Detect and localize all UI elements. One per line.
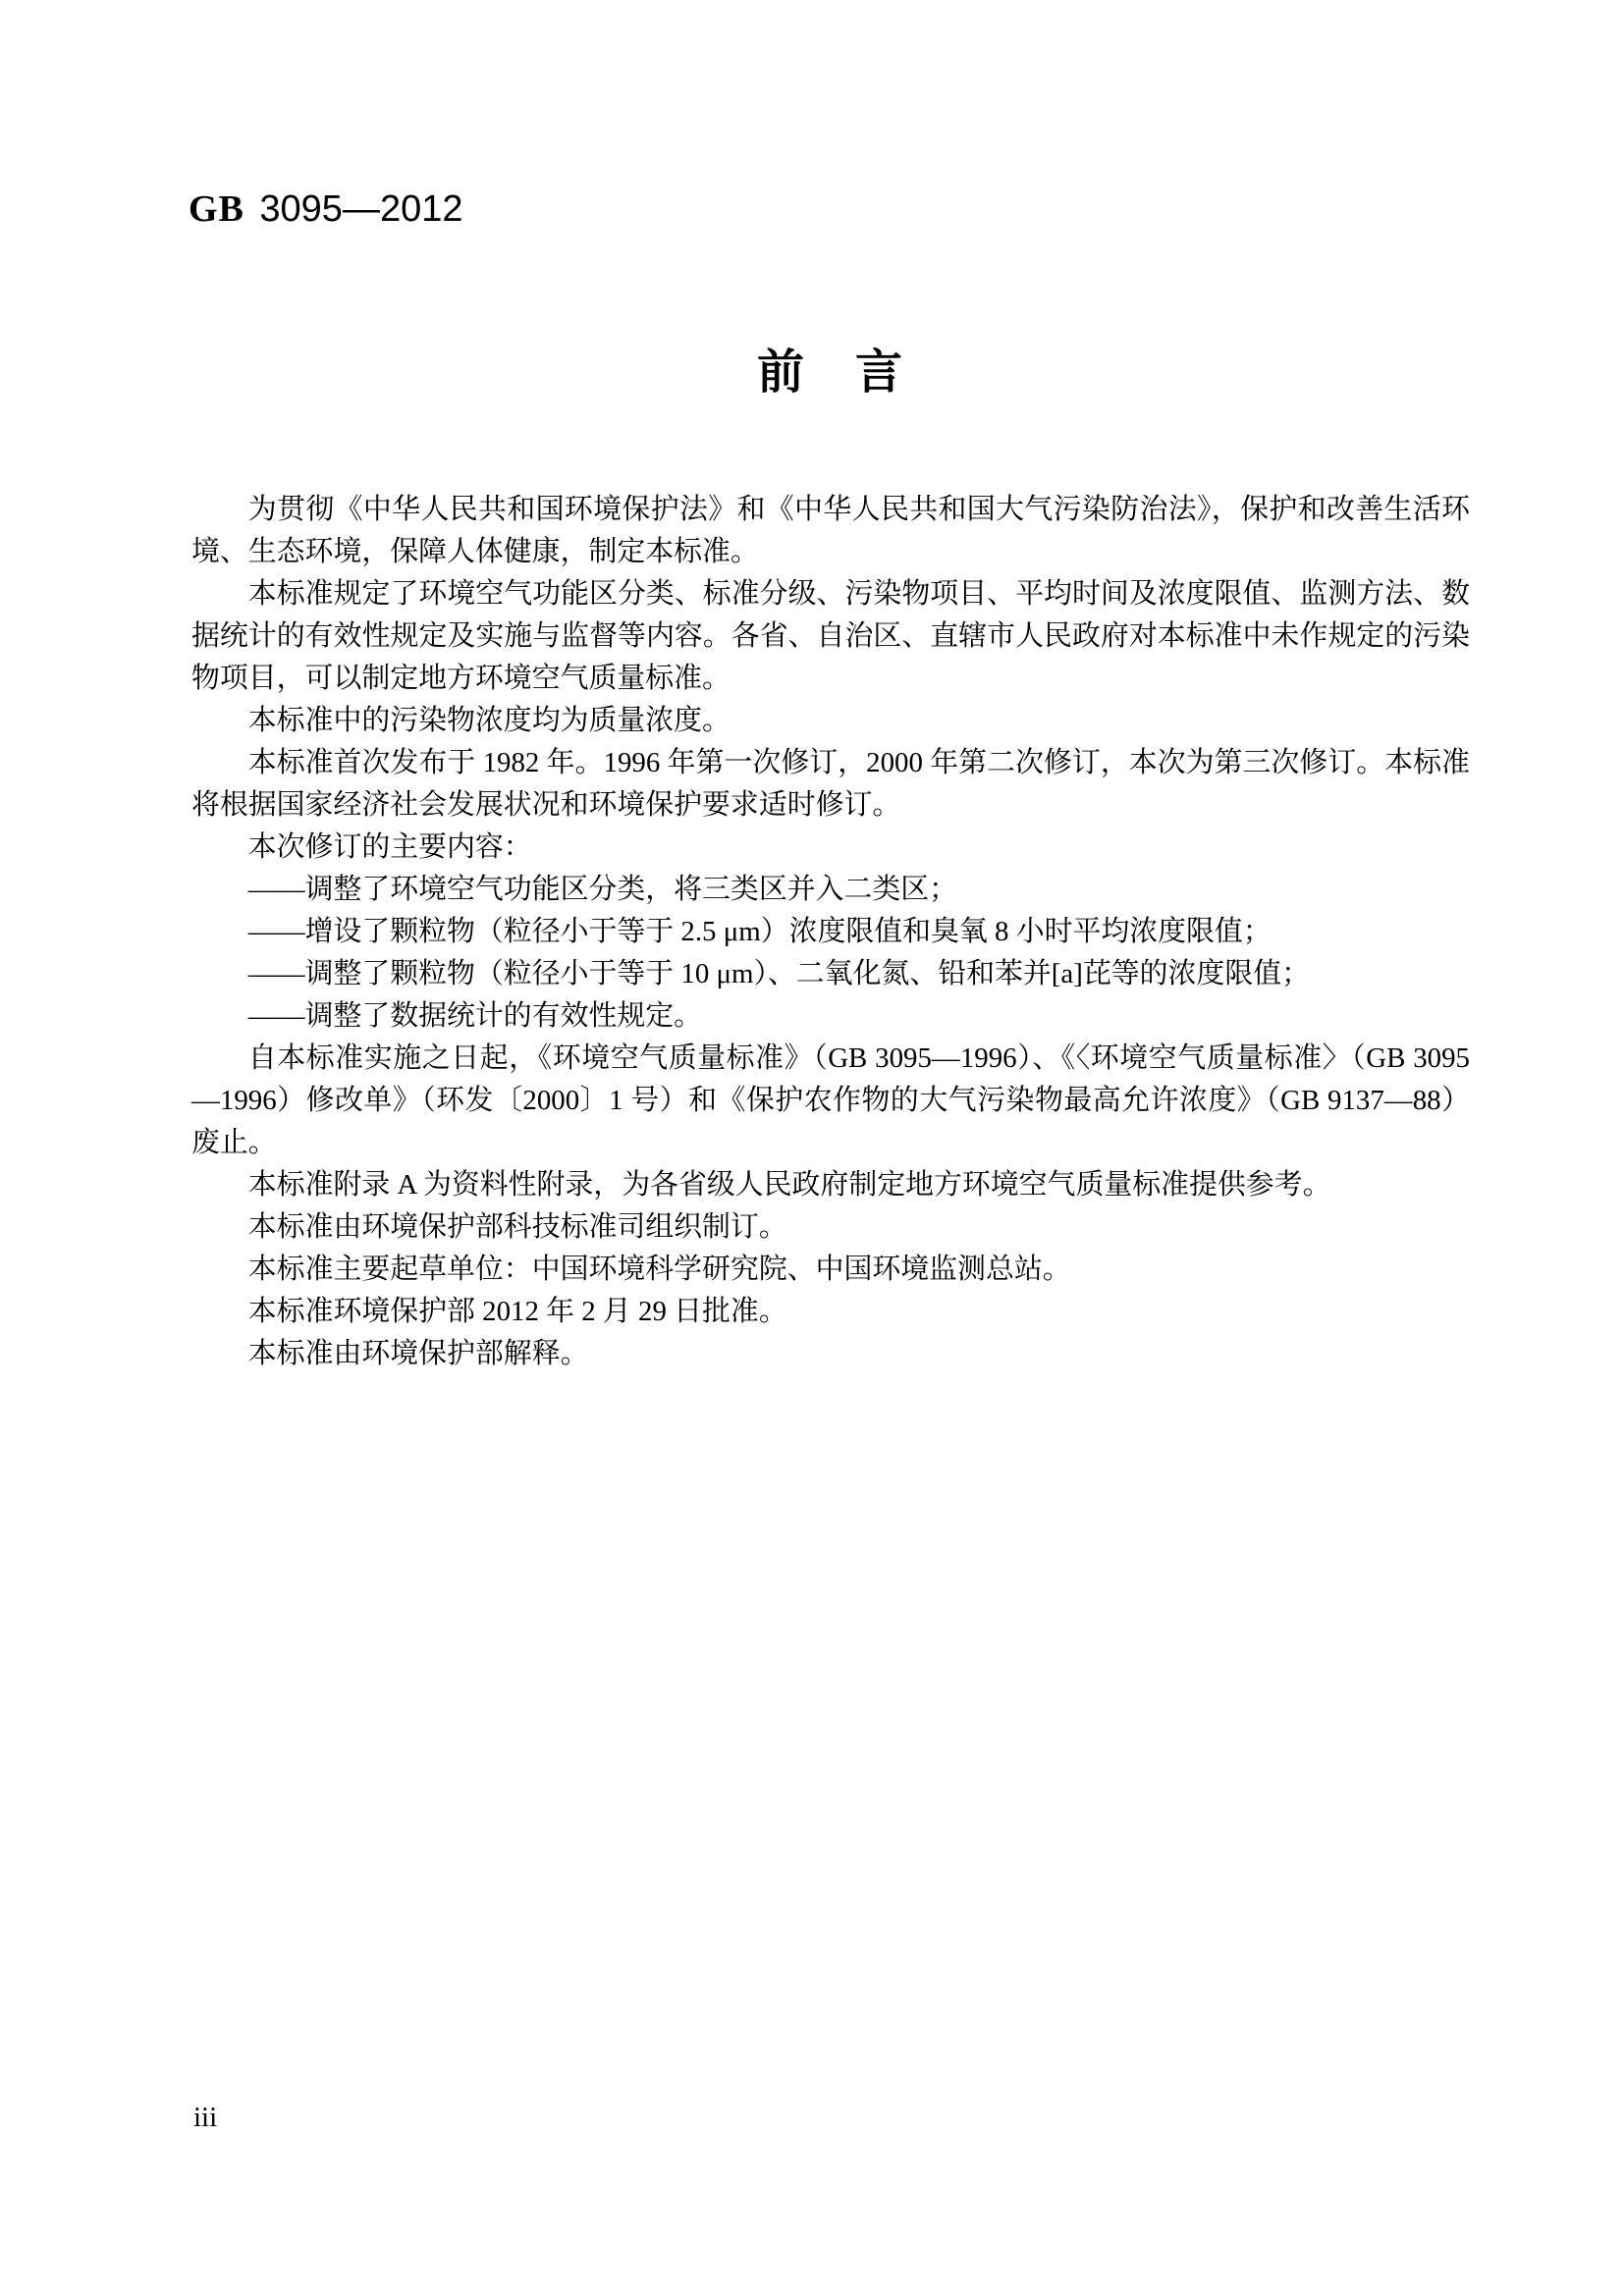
- body-paragraph-revision-item: ——调整了数据统计的有效性规定。: [191, 995, 1470, 1038]
- body-paragraph: 本标准规定了环境空气功能区分类、标准分级、污染物项目、平均时间及浓度限值、监测方…: [191, 573, 1470, 700]
- body-paragraph-revision-item: ——调整了环境空气功能区分类，将三类区并入二类区；: [191, 869, 1470, 911]
- body-paragraph: 本标准首次发布于 1982 年。1996 年第一次修订，2000 年第二次修订，…: [191, 742, 1470, 827]
- body-paragraph: 自本标准实施之日起，《环境空气质量标准》（GB 3095—1996）、《〈环境空…: [191, 1038, 1470, 1164]
- standard-code-prefix: GB: [189, 188, 244, 230]
- body-paragraph: 本标准中的污染物浓度均为质量浓度。: [191, 700, 1470, 742]
- body-paragraph-revision-item: ——调整了颗粒物（粒径小于等于 10 μm）、二氧化氮、铅和苯并[a]芘等的浓度…: [191, 953, 1470, 995]
- foreword-body: 为贯彻《中华人民共和国环境保护法》和《中华人民共和国大气污染防治法》，保护和改善…: [191, 489, 1470, 1375]
- body-paragraph: 本标准附录 A 为资料性附录，为各省级人民政府制定地方环境空气质量标准提供参考。: [191, 1164, 1470, 1206]
- body-paragraph: 本标准由环境保护部科技标准司组织制订。: [191, 1206, 1470, 1249]
- standard-code-number: 3095—2012: [259, 188, 462, 230]
- body-paragraph-revision-item: ——增设了颗粒物（粒径小于等于 2.5 μm）浓度限值和臭氧 8 小时平均浓度限…: [191, 911, 1470, 953]
- body-paragraph: 为贯彻《中华人民共和国环境保护法》和《中华人民共和国大气污染防治法》，保护和改善…: [191, 489, 1470, 573]
- page-number: iii: [193, 2101, 217, 2134]
- document-page: GB 3095—2012 前 言 为贯彻《中华人民共和国环境保护法》和《中华人民…: [0, 0, 1624, 2296]
- body-paragraph: 本次修订的主要内容：: [191, 827, 1470, 869]
- body-paragraph: 本标准主要起草单位：中国环境科学研究院、中国环境监测总站。: [191, 1249, 1470, 1291]
- standard-code: GB 3095—2012: [189, 188, 462, 230]
- body-paragraph: 本标准环境保护部 2012 年 2 月 29 日批准。: [191, 1291, 1470, 1333]
- body-paragraph: 本标准由环境保护部解释。: [191, 1333, 1470, 1375]
- page-title: 前 言: [191, 346, 1470, 400]
